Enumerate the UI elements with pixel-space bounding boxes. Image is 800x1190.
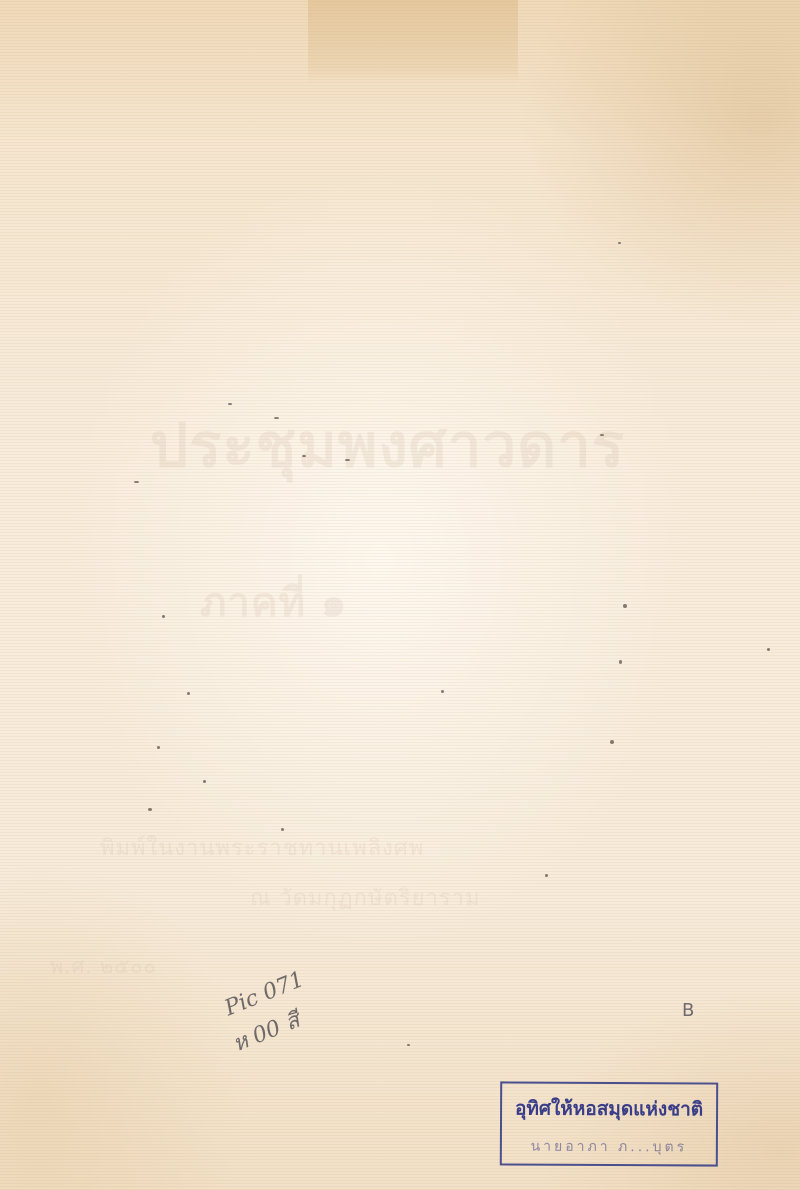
foxing-speck [157,746,160,749]
foxing-speck [600,434,604,436]
foxing-speck [441,690,444,693]
foxing-speck [619,660,622,664]
bleed-through-title: ประชุมพงศาวดาร [150,398,625,493]
library-donation-stamp: อุทิศให้หอสมุดแห่งชาติ นายอาภา ภ...บุตร [500,1081,718,1166]
foxing-speck [228,403,232,405]
foxing-speck [203,780,206,783]
bleed-through-subtitle: ภาคที่ ๑ [200,570,347,634]
stamp-text-donor: นายอาภา ภ...บุตร [502,1135,716,1158]
foxing-speck [407,1044,410,1046]
foxing-speck [767,648,770,651]
foxing-speck [545,874,548,877]
handwritten-mark: B [682,1000,694,1021]
foxing-speck [618,242,621,244]
foxing-speck [134,481,139,483]
bleed-through-line: ณ วัดมกุฏกษัตริยาราม [250,880,480,915]
scanned-page: ประชุมพงศาวดาร ภาคที่ ๑ พิมพ์ในงานพระราช… [0,0,800,1190]
foxing-speck [623,604,627,608]
foxing-speck [162,615,165,618]
foxing-speck [148,808,152,811]
foxing-speck [610,740,614,744]
bleed-through-line: พิมพ์ในงานพระราชทานเพลิงศพ [100,830,424,865]
foxing-speck [345,459,350,461]
bleed-through-line: พ.ศ. ๒๕๐๐ [50,950,157,982]
stamp-text-dedication: อุทิศให้หอสมุดแห่งชาติ [502,1093,716,1124]
foxing-speck [302,455,306,457]
tape-stain [308,0,518,84]
foxing-speck [274,417,279,419]
foxing-speck [281,828,284,831]
foxing-speck [187,692,190,695]
